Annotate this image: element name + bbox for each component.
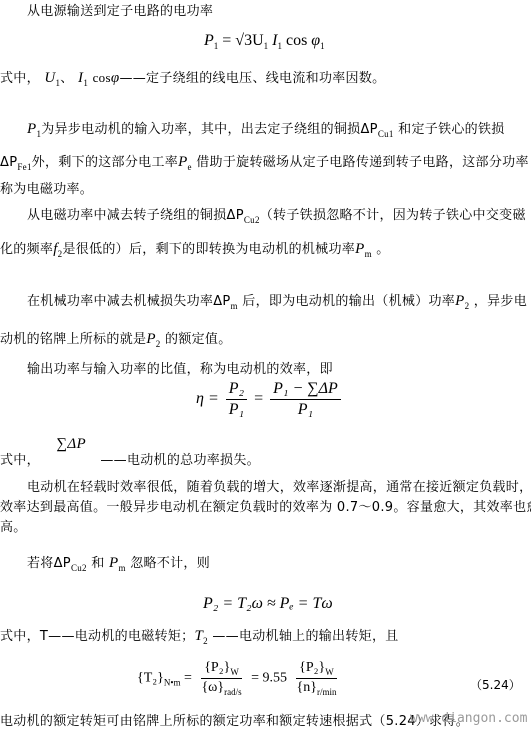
- paragraph-efficiency-desc-line3: 高。: [0, 520, 27, 536]
- paragraph-torque-definitions: 式中，T——电动机的电磁转矩；T2 ——电动机轴上的输出转矩，且: [0, 628, 399, 649]
- paragraph-output-power-line2: 动机的铭牌上所标的就是P2 的额定值。: [0, 331, 232, 352]
- watermark: www.diangon.com: [410, 711, 527, 726]
- paragraph-efficiency-desc-line1: 电动机在轻载时效率很低，随着负载的增大，效率逐渐提高，通常在接近额定负载时，: [27, 480, 531, 496]
- equation-number: （5.24）: [470, 676, 521, 693]
- equation-efficiency: η = P₂P₁ = P₁ − ∑ΔPP₁: [196, 380, 344, 419]
- paragraph-input-power-line1: P1为异步电动机的输入功率，其中，出去定子绕组的铜损ΔPCu1 和定子铁心的铁损: [27, 121, 505, 142]
- paragraph-input-power-line3: 称为电磁功率。: [0, 182, 93, 198]
- paragraph-output-power-line1: 在机械功率中减去机械损失功率ΔPm 后，即为电动机的输出（机械）功率P2 ，异步…: [27, 293, 527, 314]
- paragraph-input-power-line2: ΔPFe1外，剩下的这部分电工率Pe 借助于旋转磁场从定子电路传递到转子电路，这…: [0, 154, 529, 175]
- paragraph-rotor-loss-line1: 从电磁功率中减去转子绕组的铜损ΔPCu2（转子铁损忽略不计，因为转子铁心中交变磁: [27, 208, 526, 228]
- paragraph-rotor-loss-line2: 化的频率f2是很低的）后，剩下的即转换为电动机的机械功率Pm 。: [0, 241, 390, 262]
- equation-torque-power: P₂ = T₂ω ≈ Pₑ = Tω: [203, 595, 333, 613]
- equation-input-power: P1 = √3U1 I1 cos φ1: [204, 32, 325, 51]
- paragraph-electric-power-intro: 从电源输送到定子电路的电功率: [27, 4, 213, 20]
- paragraph-total-loss: 式中， ∑ΔP ——电动机的总功率损失。: [0, 452, 260, 469]
- paragraph-neglect-losses: 若将ΔPCu2 和 Pm 忽略不计，则: [27, 555, 210, 576]
- equation-rated-torque: {T₂}N•m = {P₂}W{ω}rad/s = 9.55 {P₂}W{n}r…: [137, 660, 342, 697]
- paragraph-rated-torque-note: 电动机的额定转矩可由铭牌上所标的额定功率和额定转速根据式（5.24）求得。: [0, 714, 469, 730]
- paragraph-efficiency-desc-line2: 效率达到最高值。一般异步电动机在额定负载时的效率为 0.7～0.9。容量愈大，其…: [0, 500, 531, 516]
- paragraph-efficiency-intro: 输出功率与输入功率的比值，称为电动机的效率，即: [27, 362, 333, 378]
- paragraph-symbol-definitions: 式中， U1、 I1 cosφ——定子绕组的线电压、线电流和功率因数。: [0, 70, 385, 91]
